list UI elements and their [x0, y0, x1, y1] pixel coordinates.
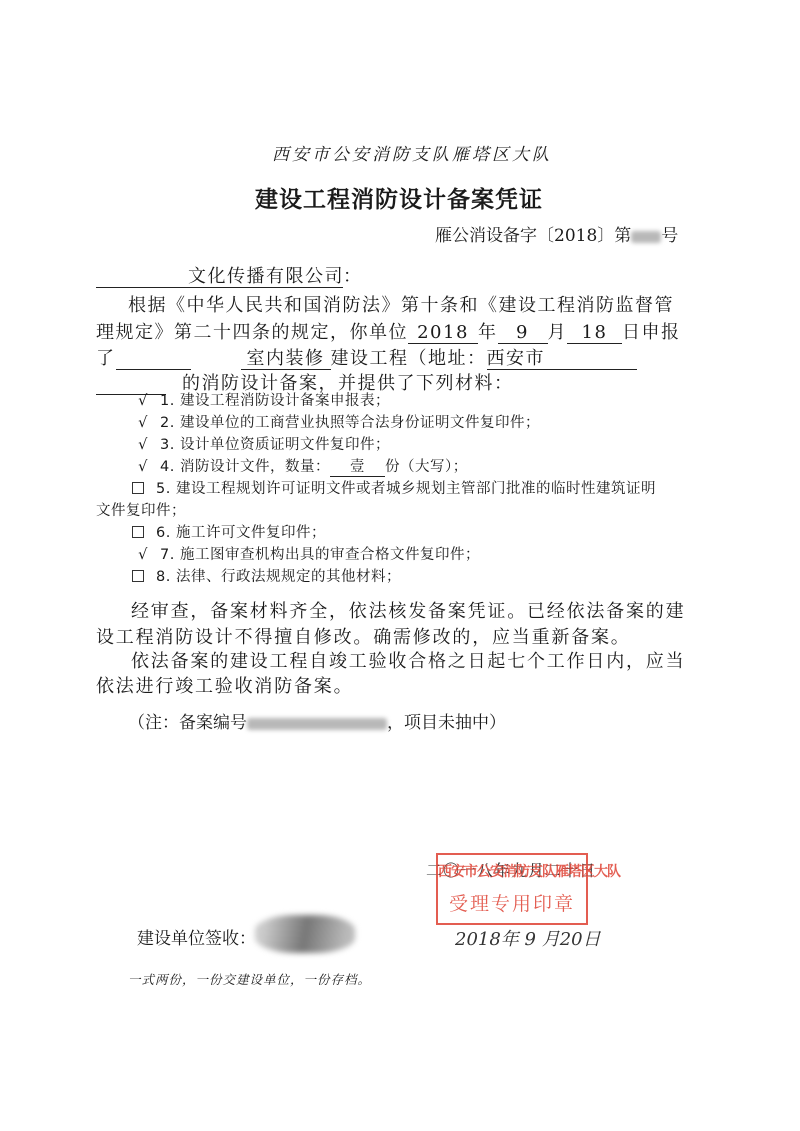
check-mark-icon: √ [136, 459, 150, 475]
material-item-2: √2. 建设单位的工商营业执照等合法身份证明文件复印件； [136, 411, 540, 432]
checkbox-empty-icon [132, 482, 144, 494]
report-year: 2018 [408, 323, 478, 344]
seal-org-text: 西安市公安消防支队雁塔区大队 [438, 861, 586, 881]
report-day: 18 [567, 323, 622, 344]
material-item-3: √3. 设计单位资质证明文件复印件； [136, 433, 390, 454]
check-mark-icon: √ [136, 547, 150, 563]
project-type: 室内装修 [241, 349, 331, 370]
material-item-5: 5. 建设工程规划许可证明文件或者城乡规划主管部门批准的临时性建筑证明 [132, 477, 656, 498]
review-paragraph-line-2: 设工程消防设计不得擅自修改。确需修改的，应当重新备案。 [96, 623, 631, 649]
check-mark-icon: √ [136, 415, 150, 431]
project-address: 西安市 [487, 349, 637, 370]
material-item-4: √4. 消防设计文件，数量：壹份（大写）； [136, 455, 468, 477]
acceptance-paragraph-line-2: 依法进行竣工验收消防备案。 [96, 672, 353, 698]
redacted-signature [255, 915, 355, 953]
intro-line-3: 了 室内装修建设工程（地址：西安市 [96, 344, 637, 370]
document-number: 雁公消设备字〔2018〕第号 [435, 221, 678, 246]
report-month: 9 [498, 323, 548, 344]
redacted-company-prefix [96, 267, 188, 288]
filing-note: （注：备案编号，项目未抽中） [128, 708, 506, 733]
checkbox-empty-icon [132, 570, 144, 582]
check-mark-icon: √ [136, 393, 150, 409]
signature-label: 建设单位签收： [137, 924, 256, 949]
recipient-company: 文化传播有限公司 [188, 267, 343, 288]
intro-line-1: 根据《中华人民共和国消防法》第十条和《建设工程消防监督管 [128, 291, 674, 317]
issuing-org: 西安市公安消防支队雁塔区大队 [272, 140, 552, 165]
official-seal: 西安市公安消防支队雁塔区大队 受理专用印章 [436, 853, 588, 925]
seal-purpose-text: 受理专用印章 [438, 889, 586, 916]
copies-note: 一式两份，一份交建设单位，一份存档。 [128, 970, 371, 988]
material-item-7: √7. 施工图审查机构出具的审查合格文件复印件； [136, 543, 480, 564]
document-title: 建设工程消防设计备案凭证 [255, 181, 543, 214]
intro-line-2: 理规定》第二十四条的规定，你单位2018年9月18日申报 [96, 318, 681, 344]
design-doc-quantity: 壹 [330, 460, 385, 477]
redacted-filing-number [247, 718, 387, 730]
material-item-6: 6. 施工许可文件复印件； [132, 521, 326, 542]
review-paragraph-line-1: 经审查，备案材料齐全，依法核发备案凭证。已经依法备案的建 [131, 597, 685, 623]
document-page: 西安市公安消防支队雁塔区大队 建设工程消防设计备案凭证 雁公消设备字〔2018〕… [0, 0, 800, 1131]
material-item-1: √1. 建设工程消防设计备案申报表； [136, 389, 390, 410]
handwritten-date: 2018年 9 月20日 [455, 925, 601, 951]
check-mark-icon: √ [136, 437, 150, 453]
redacted-project-name [116, 349, 191, 370]
checkbox-empty-icon [132, 526, 144, 538]
acceptance-paragraph-line-1: 依法备案的建设工程自竣工验收合格之日起七个工作日内，应当 [131, 647, 685, 673]
material-item-8: 8. 法律、行政法规规定的其他材料； [132, 565, 401, 586]
redacted-number [631, 231, 661, 243]
recipient-line: 文化传播有限公司： [96, 262, 363, 288]
material-item-5-continuation: 文件复印件； [96, 499, 186, 520]
